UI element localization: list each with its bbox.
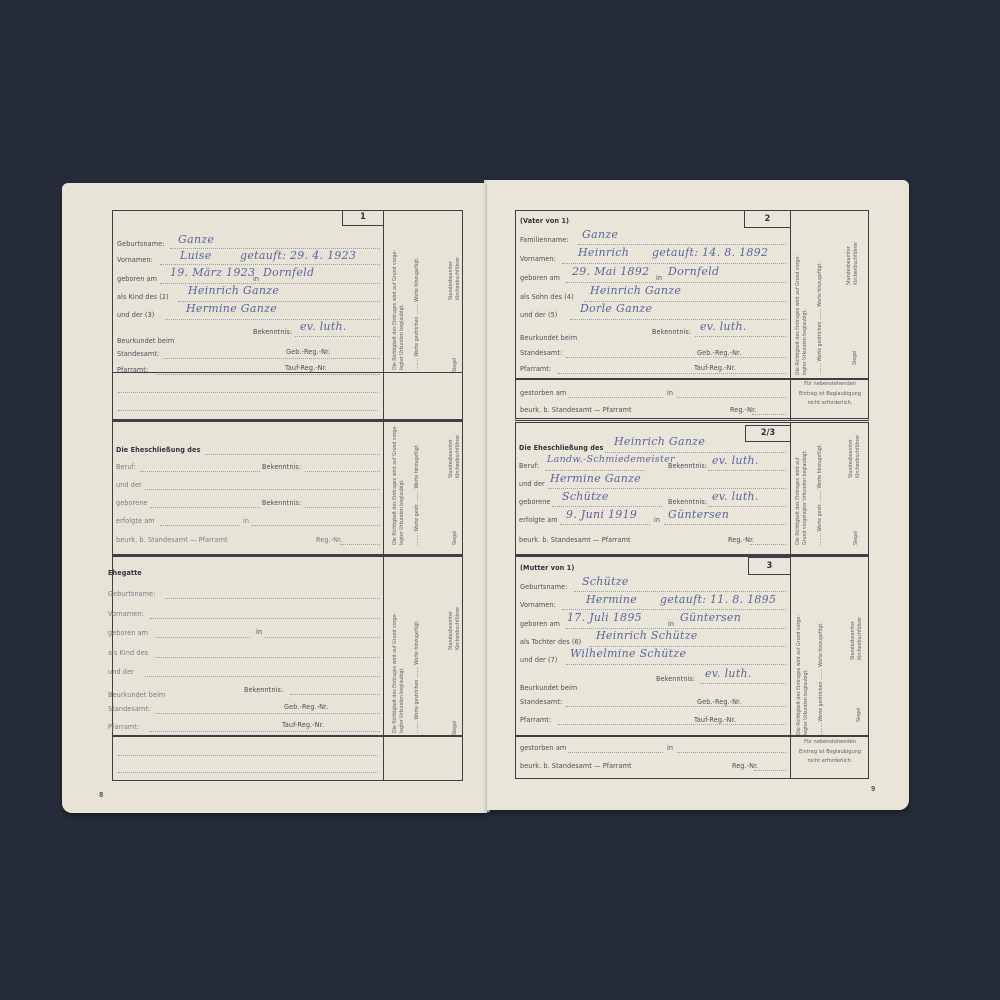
section-3-death-row [515, 735, 791, 779]
section-1-death-row [112, 372, 384, 422]
title-eheschliessung: Die Eheschließung des [519, 443, 603, 452]
label-pfarramt: Pfarramt: [520, 715, 551, 724]
title-mutter: (Mutter von 1) [520, 563, 574, 572]
label-tauf-reg-nr: Tauf-Reg.-Nr. [285, 363, 327, 372]
value-geboren-am: 29. Mai 1892 [572, 265, 649, 278]
label-geb-reg-nr: Geb.-Reg.-Nr. [284, 702, 328, 711]
seal-label: Siegel [853, 531, 860, 545]
label-und-der: und der [519, 479, 545, 488]
value-geboren-in: Dornfeld [668, 265, 719, 278]
value-und-der: Hermine Ganze [186, 302, 277, 315]
title-eheschliessung: Die Eheschließung des [116, 445, 200, 454]
value-bekenntnis: ev. luth. [300, 320, 347, 333]
title-vater: (Vater von 1) [520, 216, 569, 225]
label-tochter-des: als Tochter des (6) [520, 637, 581, 646]
value-sohn-des: Heinrich Ganze [590, 284, 681, 297]
label-in: in [253, 274, 259, 283]
label-und-der: und der (3) [117, 310, 154, 319]
entry-number-box: 1 [342, 210, 384, 226]
value-geburtsname: Ganze [178, 233, 214, 246]
official-text: Standesbeamter Kirchenbuchführer [448, 435, 462, 478]
label-familienname: Familienname: [520, 235, 569, 244]
value-geboren-am: 19. März 1923 [170, 266, 255, 279]
value-und-der: Dorle Ganze [580, 302, 652, 315]
label-standesamt: Standesamt: [520, 348, 562, 357]
seal-label: Siegel [852, 351, 859, 365]
label-pfarramt: Pfarramt: [108, 722, 139, 731]
seal-label: Siegel [452, 358, 459, 372]
label-beurkundet-beim: Beurkundet beim [520, 683, 577, 692]
label-bekenntnis: Bekenntnis: [656, 674, 695, 683]
certification-text: Die Richtigkeit des Eintrages wird auf G… [392, 425, 421, 545]
certification-text: Die Richtigkeit des Eintrages wird auf G… [796, 615, 825, 735]
label-und-der: und der (7) [520, 655, 557, 664]
seal-label: Siegel [856, 708, 863, 722]
value-geboren-in: Güntersen [680, 611, 741, 624]
official-text: Standesbeamter Kirchenbuchführer [848, 435, 862, 478]
label-tauf-reg-nr: Tauf-Reg.-Nr. [694, 363, 736, 372]
value-familienname: Ganze [582, 228, 618, 241]
label-pfarramt: Pfarramt: [520, 364, 551, 373]
label-in: in [667, 743, 673, 752]
label-in: in [243, 516, 249, 525]
label-kind-des: als Kind des (2) [117, 292, 169, 301]
label-vornamen: Vornamen: [520, 254, 556, 263]
label-bekenntnis-2: Bekenntnis: [668, 497, 707, 506]
label-standesamt: Standesamt: [108, 704, 150, 713]
section-spouse [112, 555, 384, 737]
value-bekenntnis: ev. luth. [705, 667, 752, 680]
label-geboren-am: geboren am [117, 274, 157, 283]
label-erfolgte-am: erfolgte am [519, 515, 558, 524]
certification-text: Die Richtigkeit des Eintrages wird auf G… [795, 255, 824, 375]
label-in: in [654, 515, 660, 524]
label-beurkundet-beim: Beurkundet beim [117, 336, 174, 345]
official-text: Standesbeamter Kirchenbuchführer [448, 607, 462, 650]
label-geb-reg-nr: Geb.-Reg.-Nr. [286, 347, 330, 356]
label-reg-nr: Reg.-Nr. [316, 535, 342, 544]
no-certification-note: Für nebenstehenden Eintrag ist Beglaubig… [792, 379, 868, 409]
label-vornamen: Vornamen: [117, 255, 153, 264]
label-erfolgte-am: erfolgte am [116, 516, 155, 525]
label-tauf-reg-nr: Tauf-Reg.-Nr. [282, 720, 324, 729]
certification-text: Die Richtigkeit des Eintrages wird auf G… [392, 613, 421, 733]
value-vornamen: Hermine [586, 593, 637, 606]
value-bekenntnis: ev. luth. [700, 320, 747, 333]
label-als-kind-des: als Kind des [108, 648, 148, 657]
value-geburtsname: Schütze [582, 575, 629, 588]
no-certification-note: Für nebenstehenden Eintrag ist Beglaubig… [792, 737, 868, 767]
label-beurk: beurk. b. Standesamt — Pfarramt [519, 535, 631, 544]
label-reg-nr: Reg.-Nr. [732, 761, 758, 770]
label-beurk: beurk. b. Standesamt — Pfarramt [520, 761, 632, 770]
value-erfolgte-am: 9. Juni 1919 [566, 508, 637, 521]
label-geb-reg-nr: Geb.-Reg.-Nr. [697, 697, 741, 706]
label-vornamen: Vornamen: [108, 609, 144, 618]
value-getauft: getauft: 11. 8. 1895 [660, 593, 776, 606]
label-standesamt: Standesamt: [117, 349, 159, 358]
official-text: Standesbeamter Kirchenbuchführer [846, 242, 860, 285]
value-tochter-des: Heinrich Schütze [596, 629, 698, 642]
title-ehegatte: Ehegatte [108, 568, 142, 577]
value-vornamen: Luise [180, 249, 212, 262]
page-number-right: 9 [871, 785, 875, 793]
label-in: in [668, 619, 674, 628]
seal-label: Siegel [452, 531, 459, 545]
label-in: in [667, 388, 673, 397]
label-geburtsname: Geburtsname: [520, 582, 567, 591]
label-reg-nr: Reg.-Nr. [728, 535, 754, 544]
label-und-der: und der (5) [520, 310, 557, 319]
label-bekenntnis: Bekenntnis: [244, 685, 283, 694]
section-spouse-death-row [112, 735, 384, 781]
entry-number-box: 2 [744, 210, 791, 228]
certification-text: Die Richtigkeit des Eintrages wird auf G… [795, 444, 824, 545]
page-number-left: 8 [99, 791, 103, 799]
label-in: in [656, 273, 662, 282]
official-text: Standesbeamter Kirchenbuchführer [448, 257, 462, 300]
label-beurkundet-beim: Beurkundet beim [108, 690, 165, 699]
value-eheschliessung-des: Heinrich Ganze [614, 435, 705, 448]
label-in: in [256, 627, 262, 636]
value-getauft: getauft: 29. 4. 1923 [240, 249, 356, 262]
value-und-der: Hermine Ganze [550, 472, 641, 485]
label-geborene: geborene [116, 498, 148, 507]
label-und-der: und der [108, 667, 134, 676]
label-bekenntnis-1: Bekenntnis: [668, 461, 707, 470]
label-gestorben-am: gestorben am [520, 388, 566, 397]
value-erfolgte-in: Güntersen [668, 508, 729, 521]
label-geb-reg-nr: Geb.-Reg.-Nr. [697, 348, 741, 357]
value-und-der: Wilhelmine Schütze [570, 647, 686, 660]
label-bekenntnis-2: Bekenntnis: [262, 498, 301, 507]
label-geburtsname: Geburtsname: [117, 239, 164, 248]
label-beruf: Beruf: [519, 461, 539, 470]
value-vornamen: Heinrich [578, 246, 629, 259]
label-reg-nr: Reg.-Nr. [730, 405, 756, 414]
label-standesamt: Standesamt: [520, 697, 562, 706]
label-beurk: beurk. b. Standesamt — Pfarramt [520, 405, 632, 414]
label-beurk: beurk. b. Standesamt — Pfarramt [116, 535, 228, 544]
label-gestorben-am: gestorben am [520, 743, 566, 752]
side-blank-3 [383, 735, 463, 781]
label-geburtsname: Geburtsname: [108, 589, 155, 598]
entry-number-box: 3 [748, 557, 791, 575]
label-bekenntnis-1: Bekenntnis: [262, 462, 301, 471]
label-bekenntnis: Bekenntnis: [253, 327, 292, 336]
section-2-death-row [515, 378, 791, 421]
certification-text: Die Richtigkeit des Eintrages wird auf G… [392, 250, 421, 370]
label-vornamen: Vornamen: [520, 600, 556, 609]
side-blank-1 [383, 372, 463, 422]
value-geboren-in: Dornfeld [263, 266, 314, 279]
value-bekenntnis-2: ev. luth. [712, 490, 759, 503]
value-geborene: Schütze [562, 490, 609, 503]
label-beurkundet-beim: Beurkundet beim [520, 333, 577, 342]
value-kind-des: Heinrich Ganze [188, 284, 279, 297]
value-beruf: Landw.-Schmiedemeister [547, 454, 675, 465]
value-getauft: getauft: 14. 8. 1892 [652, 246, 768, 259]
label-beruf: Beruf: [116, 462, 136, 471]
value-bekenntnis-1: ev. luth. [712, 454, 759, 467]
entry-number-box: 2/3 [745, 425, 791, 442]
label-bekenntnis: Bekenntnis: [652, 327, 691, 336]
label-geboren-am: geboren am [520, 273, 560, 282]
label-und-der: und der [116, 480, 142, 489]
label-geboren-am: geboren am [520, 619, 560, 628]
label-geboren-am: geboren am [108, 628, 148, 637]
official-text: Standesbeamter Kirchenbuchführer [850, 617, 864, 660]
value-geboren-am: 17. Juli 1895 [567, 611, 642, 624]
seal-label: Siegel [452, 721, 459, 735]
label-sohn-des: als Sohn des (4) [520, 292, 574, 301]
label-geborene: geborene [519, 497, 551, 506]
label-tauf-reg-nr: Tauf-Reg.-Nr. [694, 715, 736, 724]
